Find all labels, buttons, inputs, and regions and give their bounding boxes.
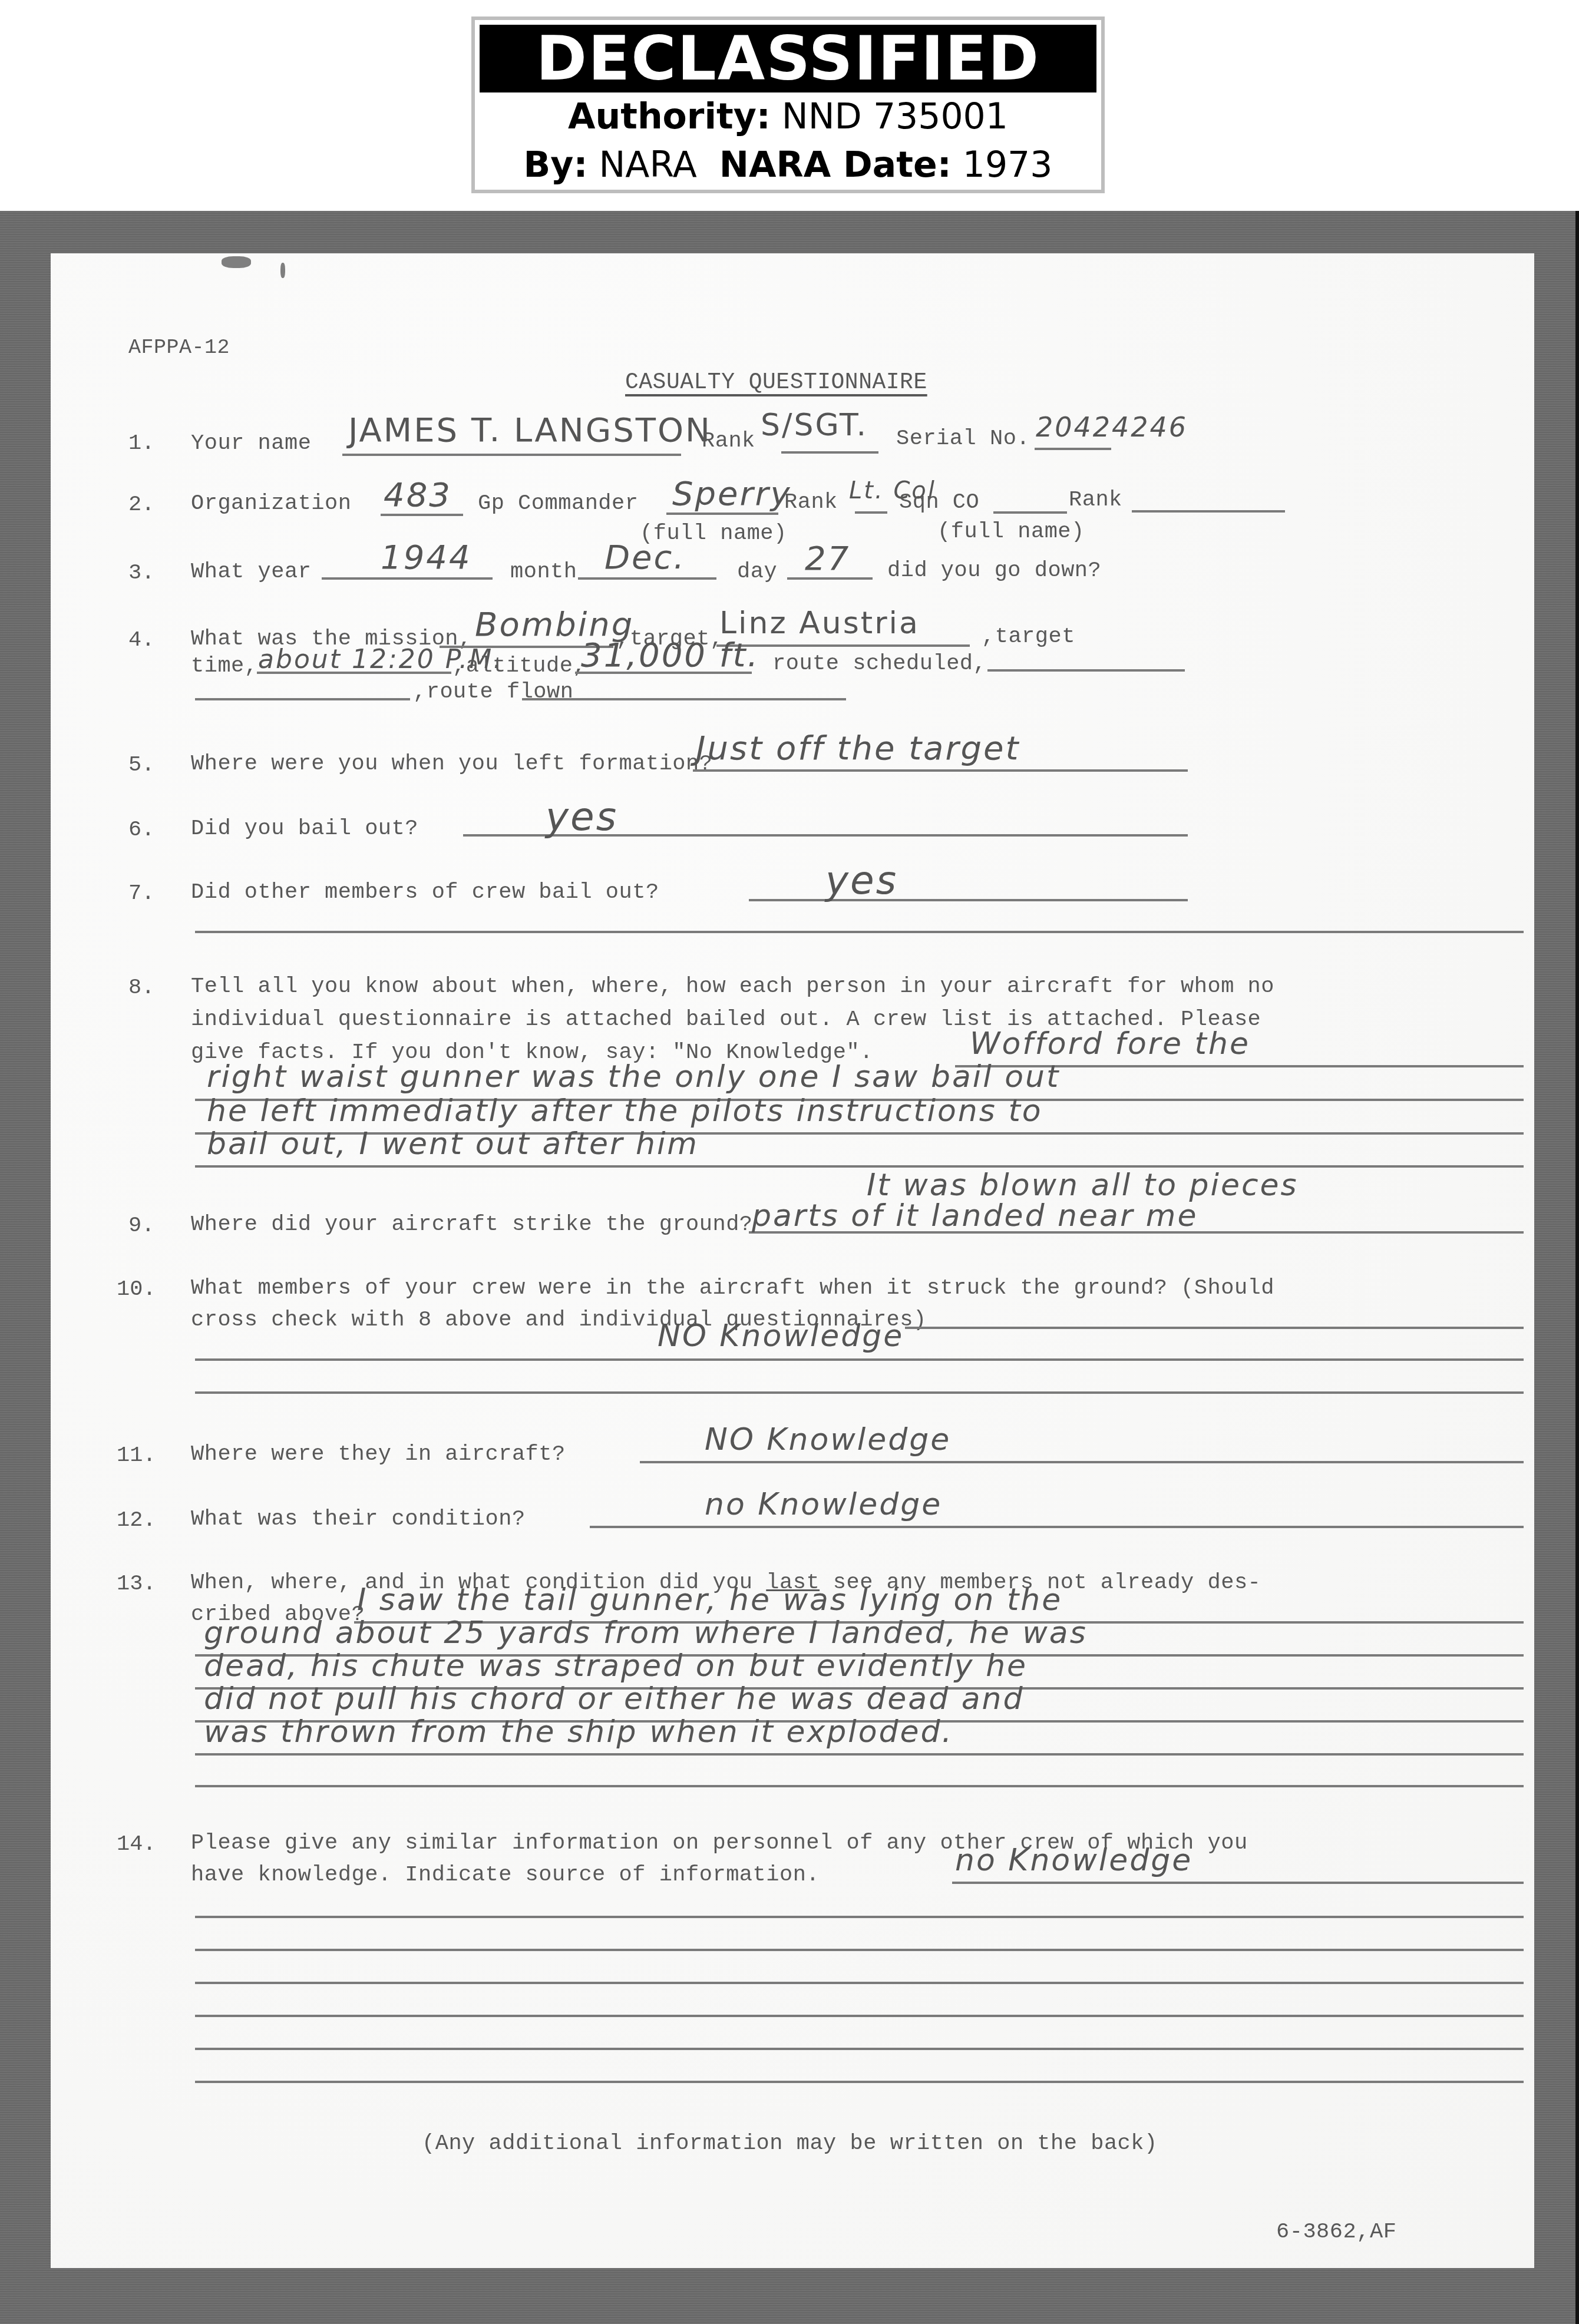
q2-rank-label: Rank — [784, 490, 838, 515]
q13-answer-line-6 — [195, 1785, 1524, 1787]
q8-answer-2[interactable]: right waist gunner was the only one I sa… — [207, 1059, 1060, 1095]
q3-year-line — [322, 577, 493, 580]
q2-sqn-label: Sqn CO — [899, 490, 979, 515]
q2-rank-line — [855, 511, 887, 514]
q7-line-2 — [195, 931, 1524, 933]
q8-answer-3[interactable]: he left immediatly after the pilots inst… — [207, 1093, 1043, 1129]
stamp-title: DECLASSIFIED — [480, 25, 1096, 92]
q13-number: 13. — [117, 1572, 156, 1596]
q1-name-line — [342, 454, 681, 456]
q14-number: 14. — [117, 1832, 156, 1857]
q10-label-line-1: What members of your crew were in the ai… — [191, 1276, 1274, 1301]
q8-number: 8. — [128, 976, 154, 1000]
q3-day-label: day — [737, 560, 777, 584]
q4-route-sched-line — [987, 669, 1185, 672]
q9-number: 9. — [128, 1214, 154, 1238]
form-code: 6-3862,AF — [1276, 2220, 1396, 2244]
questionnaire-page: AFPPA-12 CASUALTY QUESTIONNAIRE 1. Your … — [51, 253, 1534, 2268]
q7-number: 7. — [128, 881, 154, 906]
q9-label: Where did your aircraft strike the groun… — [191, 1212, 753, 1237]
q4-target-time-label: ,target — [982, 624, 1075, 649]
q12-number: 12. — [117, 1508, 156, 1533]
q13-answer-1[interactable]: I saw the tail gunner, he was lying on t… — [357, 1582, 1062, 1618]
q4-target-value[interactable]: Linz Austria — [719, 606, 920, 641]
q4-altitude-value[interactable]: 31,000 ft. — [581, 636, 759, 675]
scan-edge — [1575, 211, 1579, 2324]
q2-gp-cmdr-label: Gp Commander — [478, 491, 638, 516]
q3-end-label: did you go down? — [887, 558, 1101, 583]
q4-route-flown-label: ,route flown — [413, 680, 573, 705]
q14-answer[interactable]: no Knowledge — [955, 1843, 1192, 1878]
q1-rank-label: Rank — [702, 429, 755, 454]
q1-name-label: Your name — [191, 431, 311, 456]
q10-number: 10. — [117, 1277, 156, 1302]
q7-answer[interactable]: yes — [825, 858, 898, 903]
q12-label: What was their condition? — [191, 1507, 526, 1532]
q2-org-value[interactable]: 483 — [384, 476, 452, 514]
q3-number: 3. — [128, 561, 154, 586]
q9-answer-1[interactable]: It was blown all to pieces — [867, 1168, 1299, 1203]
stamp-by-date: By: NARA NARA Date: 1973 — [475, 141, 1101, 189]
q11-number: 11. — [117, 1443, 156, 1468]
form-id: AFPPA-12 — [128, 336, 230, 359]
q3-month-label: month — [510, 560, 577, 584]
q11-line — [640, 1461, 1524, 1463]
q10-line-1 — [905, 1327, 1524, 1329]
q3-day-value[interactable]: 27 — [805, 540, 850, 578]
q13-answer-5[interactable]: was thrown from the ship when it explode… — [204, 1714, 953, 1750]
q1-serial-label: Serial No. — [896, 427, 1030, 451]
q6-label: Did you bail out? — [191, 816, 418, 841]
form-title: CASUALTY QUESTIONNAIRE — [625, 370, 927, 395]
q6-answer[interactable]: yes — [546, 794, 618, 839]
q3-month-value[interactable]: Dec. — [604, 538, 686, 577]
q10-answer[interactable]: NO Knowledge — [658, 1318, 904, 1354]
q10-line-2 — [195, 1358, 1524, 1361]
q4-route-sched-label: route scheduled, — [772, 652, 986, 676]
q7-line — [749, 899, 1188, 901]
q4-route-flown-line — [522, 698, 846, 700]
q14-answer-line-1 — [952, 1882, 1524, 1884]
q1-rank-line — [781, 451, 878, 454]
q14-line-6 — [195, 2048, 1524, 2050]
q3-month-line — [578, 577, 716, 580]
q2-rank2-label: Rank — [1069, 488, 1122, 513]
q3-year-label: What year — [191, 560, 311, 584]
q2-sqn-line — [993, 511, 1067, 514]
q5-answer[interactable]: Just off the target — [696, 729, 1020, 768]
q2-gp-cmdr-value[interactable]: Sperry — [672, 475, 792, 513]
q4-time-label: time, — [191, 654, 258, 679]
ink-blot — [280, 263, 285, 278]
q13-answer-4[interactable]: did not pull his chord or either he was … — [204, 1681, 1025, 1717]
ink-blot — [222, 256, 251, 268]
q10-line-3 — [195, 1391, 1524, 1394]
q4-route-line-blank — [195, 698, 410, 700]
q6-number: 6. — [128, 818, 154, 842]
q8-answer-1[interactable]: Wofford fore the — [970, 1026, 1250, 1062]
q2-full-name-hint-2: (full name) — [937, 520, 1085, 544]
stamp-authority: Authority: NND 735001 — [475, 92, 1101, 141]
q8-label-line-1: Tell all you know about when, where, how… — [191, 974, 1274, 999]
q14-line-3 — [195, 1949, 1524, 1951]
q5-number: 5. — [128, 753, 154, 778]
q8-answer-4[interactable]: bail out, I went out after him — [207, 1126, 699, 1162]
q14-line-2 — [195, 1916, 1524, 1918]
q13-answer-2[interactable]: ground about 25 yards from where I lande… — [204, 1615, 1088, 1651]
q14-line-7 — [195, 2081, 1524, 2083]
q13-answer-line-5 — [195, 1753, 1524, 1756]
q1-serial-value[interactable]: 20424246 — [1036, 411, 1188, 443]
q2-rank2-line — [1132, 510, 1285, 513]
q14-label-line-2: have knowledge. Indicate source of infor… — [191, 1863, 820, 1887]
footer-note: (Any additional information may be writt… — [422, 2131, 1158, 2156]
q11-answer[interactable]: NO Knowledge — [705, 1422, 951, 1457]
q7-label: Did other members of crew bail out? — [191, 880, 659, 905]
q5-line — [693, 769, 1188, 772]
q11-label: Where were they in aircraft? — [191, 1442, 566, 1467]
q8-answer-line-4 — [195, 1165, 1524, 1168]
q1-name-value[interactable]: JAMES T. LANGSTON — [348, 411, 712, 449]
q9-answer-2[interactable]: parts of it landed near me — [752, 1198, 1198, 1234]
q1-number: 1. — [128, 431, 154, 456]
q2-number: 2. — [128, 492, 154, 517]
q12-line — [590, 1526, 1524, 1528]
q4-number: 4. — [128, 628, 154, 653]
q12-answer[interactable]: no Knowledge — [705, 1487, 942, 1522]
q2-org-label: Organization — [191, 491, 351, 516]
scanned-page-frame: AFPPA-12 CASUALTY QUESTIONNAIRE 1. Your … — [0, 211, 1579, 2324]
q3-year-value[interactable]: 1944 — [381, 538, 472, 577]
q4-altitude-label: ,altitude, — [452, 654, 586, 679]
q13-answer-3[interactable]: dead, his chute was straped on but evide… — [204, 1648, 1028, 1684]
declassified-stamp: DECLASSIFIED Authority: NND 735001 By: N… — [471, 16, 1105, 193]
q1-serial-line — [1035, 448, 1111, 450]
q5-label: Where were you when you left formation? — [191, 752, 712, 776]
q1-rank-value[interactable]: S/SGT. — [761, 408, 868, 443]
q14-line-4 — [195, 1982, 1524, 1984]
q14-line-5 — [195, 2015, 1524, 2017]
